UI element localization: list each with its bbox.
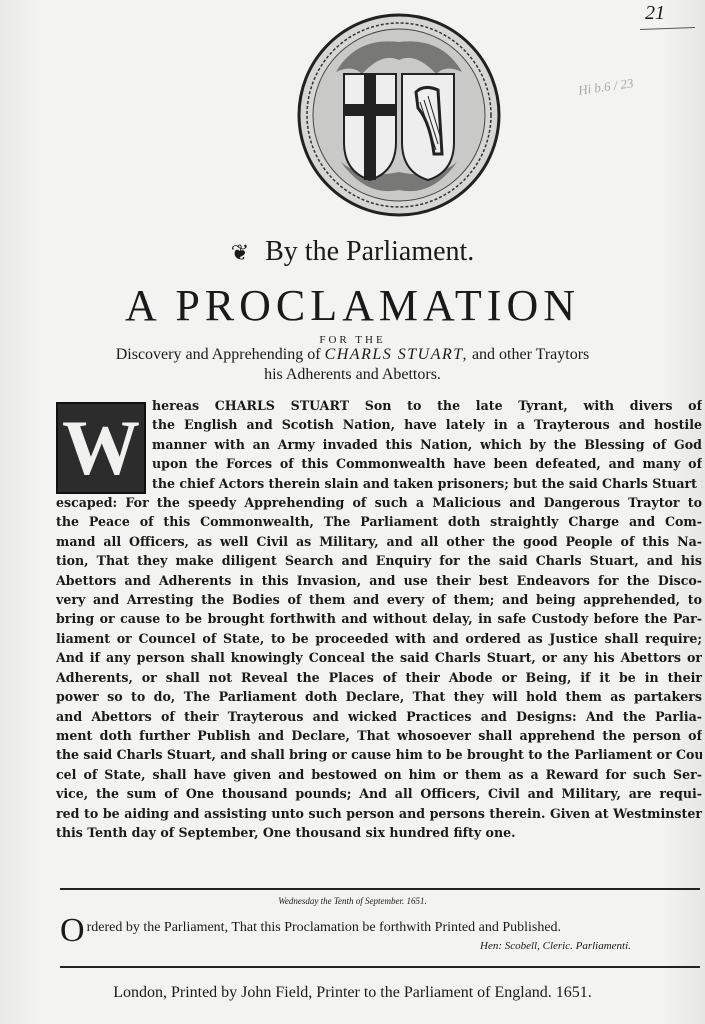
body-line: liament or Councel of State, to be proce… <box>56 629 702 648</box>
proclamation-title: A PROCLAMATION <box>0 280 705 331</box>
dateline: Wednesday the Tenth of September. 1651. <box>0 896 705 906</box>
for-the-text: FOR THE <box>0 334 705 346</box>
order-text: rdered by the Parliament, That this Proc… <box>87 920 561 935</box>
body-line: hereas CHARLS STUART Son to the late Tyr… <box>56 396 702 415</box>
body-line: red to be aiding and assisting unto such… <box>56 804 702 823</box>
subtitle-post: and other Traytors <box>472 346 589 363</box>
divider-rule <box>60 888 700 890</box>
body-line: cel of State, shall have given and besto… <box>56 765 702 784</box>
folio-number: 21 <box>645 2 665 25</box>
body-line: Abettors and Adherents in this Invasion,… <box>56 571 702 590</box>
proclamation-page: 21 Hi b.6 / 23 ❦By the Parliament. A PRO… <box>0 0 705 1024</box>
body-line: upon the Forces of this Commonwealth hav… <box>56 454 702 473</box>
body-line: the chief Actors therein slain and taken… <box>56 474 702 493</box>
subtitle-pre: Discovery and Apprehending of <box>116 346 321 363</box>
clerk-signature: Hen: Scobell, Cleric. Parliamenti. <box>480 940 631 952</box>
body-line: And if any person shall knowingly Concea… <box>56 648 702 667</box>
body-line: power so to do, The Parliament doth Decl… <box>56 687 702 706</box>
body-line: escaped: For the speedy Apprehending of … <box>56 493 702 512</box>
by-line-text: By the Parliament. <box>265 236 474 267</box>
proclamation-body: hereas CHARLS STUART Son to the late Tyr… <box>56 396 702 842</box>
body-line: the English and Scotish Nation, have lat… <box>56 415 702 434</box>
body-line: vice, the sum of One thousand pounds; An… <box>56 784 702 803</box>
fleuron-ornament-icon: ❦ <box>231 240 249 265</box>
order-initial: O <box>60 912 85 949</box>
body-line: tion, That they make diligent Search and… <box>56 551 702 570</box>
subtitle-name: CHARLS STUART, <box>325 346 468 363</box>
pencil-annotation: Hi b.6 / 23 <box>577 76 634 98</box>
divider-rule <box>60 966 700 968</box>
body-line: bring or cause to be brought forthwith a… <box>56 609 702 628</box>
body-line: the Peace of this Commonwealth, The Parl… <box>56 512 702 531</box>
printer-imprint: London, Printed by John Field, Printer t… <box>0 984 705 1002</box>
body-line: very and Arresting the Bodies of them an… <box>56 590 702 609</box>
body-line: and Abettors of their Trayterous and wic… <box>56 707 702 726</box>
body-line: this Tenth day of September, One thousan… <box>56 823 702 842</box>
commonwealth-seal-icon <box>296 12 502 218</box>
subtitle-line-1: Discovery and Apprehending of CHARLS STU… <box>0 346 705 364</box>
folio-underline <box>640 27 695 30</box>
body-line: the said Charls Stuart, and shall bring … <box>56 745 702 764</box>
body-line: mand all Officers, as well Civil as Mili… <box>56 532 702 551</box>
subtitle-line-2: his Adherents and Abettors. <box>0 366 705 384</box>
body-line: manner with an Army invaded this Nation,… <box>56 435 702 454</box>
body-line: ment doth further Publish and Declare, T… <box>56 726 702 745</box>
by-the-parliament-heading: ❦By the Parliament. <box>0 236 705 268</box>
body-line: Adherents, or shall not Reveal the Place… <box>56 668 702 687</box>
